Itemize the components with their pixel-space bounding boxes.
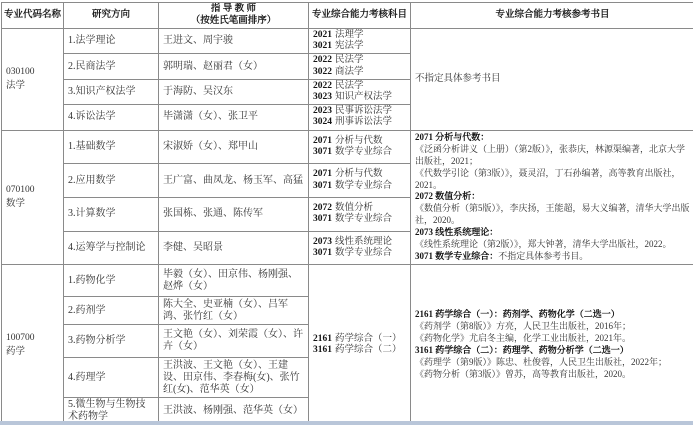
subjects-cell: 2022民法学 3022商法学: [309, 54, 411, 79]
direction-cell: 1.基础数学: [64, 130, 159, 164]
subject-code: 3023: [313, 92, 332, 102]
direction-cell: 2.民商法学: [64, 54, 159, 79]
advisors-cell: 于海防、吴汉东: [159, 79, 309, 104]
direction-cell: 3.知识产权法学: [64, 79, 159, 104]
subject-title: 民法学: [335, 81, 364, 91]
direction-cell: 2.应用数学: [64, 164, 159, 198]
direction-cell: 2.药剂学: [64, 297, 159, 325]
advisors-cell: 王文艳（女）、刘荣霞（女）、许卉（女）: [159, 325, 309, 358]
advisors-cell: 陈大全、史亚楠（女）、吕军鸿、张竹红（女）: [159, 297, 309, 325]
subject-title: 数学专业综合: [335, 248, 392, 258]
subject-code: 2023: [313, 106, 332, 116]
subject-code: 3024: [313, 117, 332, 127]
reference-book: 《线性系统理论（第2版）》，郑大钟著，清华大学出版社，2022。: [415, 239, 690, 251]
subject-code: 3071: [313, 248, 332, 258]
subject-title: 数学专业综合: [335, 214, 392, 224]
advisors-cell: 王洪波、王文艳（女）、王建设、田京伟、李春梅(女)、张竹红(女)、范华英（女）: [159, 358, 309, 398]
admissions-exam-table: 专业代码名称 研究方向 指 导 教 师 （按姓氏笔画排序） 专业综合能力考核科目…: [1, 2, 693, 425]
reference-heading: 3161 药学综合（二）：药理学、药物分析学（二选一）: [415, 345, 690, 357]
subject-code: 2071: [313, 169, 332, 179]
major-name: 药学: [6, 345, 59, 359]
advisors-cell: 王广富、曲凤龙、杨玉军、高猛: [159, 164, 309, 198]
direction-cell: 1.法学理论: [64, 29, 159, 54]
direction-cell: 1.药物化学: [64, 265, 159, 297]
subject-title: 数学专业综合: [335, 181, 392, 191]
subject-title: 商法学: [335, 67, 364, 77]
header-major-code: 专业代码名称: [2, 3, 64, 29]
direction-cell: 4.运筹学与控制论: [64, 231, 159, 265]
subject-title: 分析与代数: [335, 169, 383, 179]
subject-code: 3021: [313, 41, 332, 51]
subject-title: 民法学: [335, 55, 364, 65]
subject-title: 药学综合（二）: [335, 345, 402, 355]
subjects-cell: 2023民事诉讼法学 3024刑事诉讼法学: [309, 105, 411, 130]
advisors-cell: 李健、吴昭景: [159, 231, 309, 265]
header-advisors: 指 导 教 师 （按姓氏笔画排序）: [159, 3, 309, 29]
major-code: 030100: [6, 65, 59, 79]
subjects-cell: 2021法理学 3021宪法学: [309, 29, 411, 54]
subjects-cell: 2072数值分析 3071数学专业综合: [309, 197, 411, 231]
reference-book: 《数值分析（第5版）》，李庆扬，王能超，易大义编著，清华大学出版社，2020。: [415, 203, 690, 227]
reference-cell-law: 不指定具体参考书目: [411, 29, 693, 131]
reference-book: 《泛函分析讲义（上册）（第2版）》，张恭庆，林源渠编著，北京大学出版社，2021…: [415, 144, 690, 168]
advisors-cell: 宋淑娇（女）、郑甲山: [159, 130, 309, 164]
header-row: 专业代码名称 研究方向 指 导 教 师 （按姓氏笔画排序） 专业综合能力考核科目…: [2, 3, 693, 29]
table-row: 100700 药学 1.药物化学 毕毅（女）、田京伟、杨刚强、赵烨（女） 216…: [2, 265, 693, 297]
subject-title: 民事诉讼法学: [335, 106, 392, 116]
reference-note: 不指定具体参考书目。: [498, 251, 588, 261]
subject-code: 2073: [313, 237, 332, 247]
subject-code: 3161: [313, 345, 332, 355]
subject-title: 刑事诉讼法学: [335, 117, 392, 127]
reference-book: 《药理学（第9版）》陈忠、杜俊蓉，人民卫生出版社，2022年；: [415, 357, 690, 369]
major-code-cell-law: 030100 法学: [2, 29, 64, 131]
subject-title: 宪法学: [335, 41, 364, 51]
reference-heading: 2071 分析与代数：: [415, 132, 690, 144]
subject-code: 2161: [313, 334, 332, 344]
reference-heading: 2161 药学综合（一）：药剂学、药物化学（二选一）: [415, 309, 690, 321]
subject-code: 2022: [313, 81, 332, 91]
advisors-cell: 王进文、周宇骏: [159, 29, 309, 54]
reference-book: 《药剂学（第8版）》方亮，人民卫生出版社，2016年；: [415, 321, 690, 333]
header-research-direction: 研究方向: [64, 3, 159, 29]
subject-code: 3071: [313, 214, 332, 224]
major-code: 100700: [6, 331, 59, 345]
screenshot-bottom-edge: [0, 421, 693, 425]
reference-book: 《代数学引论（第3版）》，聂灵沼，丁石孙编著，高等教育出版社，2021。: [415, 168, 690, 192]
reference-heading: 2073 线性系统理论：: [415, 227, 690, 239]
header-advisors-line1: 指 导 教 师: [160, 4, 307, 15]
direction-cell: 4.药理学: [64, 358, 159, 398]
header-exam-subjects: 专业综合能力考核科目: [309, 3, 411, 29]
subject-code: 3071: [313, 147, 332, 157]
reference-inline-row: 3071 数学专业综合：不指定具体参考书目。: [415, 251, 690, 263]
subject-code: 2022: [313, 55, 332, 65]
direction-cell: 3.药物分析学: [64, 325, 159, 358]
advisors-cell: 毕潇潇（女）、张卫平: [159, 105, 309, 130]
header-reference-books: 专业综合能力考核参考书目: [411, 3, 693, 29]
subject-title: 法理学: [335, 30, 364, 40]
subject-title: 线性系统理论: [335, 237, 392, 247]
advisors-cell: 毕毅（女）、田京伟、杨刚强、赵烨（女）: [159, 265, 309, 297]
reference-cell-math: 2071 分析与代数： 《泛函分析讲义（上册）（第2版）》，张恭庆，林源渠编著，…: [411, 130, 693, 265]
subject-code: 2072: [313, 203, 332, 213]
subjects-cell: 2071分析与代数 3071数学专业综合: [309, 130, 411, 164]
subjects-cell: 2022民法学 3023知识产权法学: [309, 79, 411, 104]
reference-heading: 3071 数学专业综合：: [415, 251, 498, 261]
subject-code: 2071: [313, 136, 332, 146]
subject-code: 2021: [313, 30, 332, 40]
advisors-cell: 张国栋、张通、陈传军: [159, 197, 309, 231]
reference-book: 《药物化学》尤启冬主编，化学工业出版社，2021年。: [415, 333, 690, 345]
subject-code: 3071: [313, 181, 332, 191]
direction-cell: 3.计算数学: [64, 197, 159, 231]
subject-title: 分析与代数: [335, 136, 383, 146]
major-code: 070100: [6, 183, 59, 197]
subjects-cell: 2073线性系统理论 3071数学专业综合: [309, 231, 411, 265]
major-code-cell-pharmacy: 100700 药学: [2, 265, 64, 425]
major-name: 法学: [6, 79, 59, 93]
subject-code: 3022: [313, 67, 332, 77]
table-row: 070100 数学 1.基础数学 宋淑娇（女）、郑甲山 2071分析与代数 30…: [2, 130, 693, 164]
direction-cell: 4.诉讼法学: [64, 105, 159, 130]
major-code-cell-math: 070100 数学: [2, 130, 64, 265]
subject-title: 知识产权法学: [335, 92, 392, 102]
subject-title: 数学专业综合: [335, 147, 392, 157]
subjects-cell: 2071分析与代数 3071数学专业综合: [309, 164, 411, 198]
subjects-cell-pharmacy: 2161药学综合（一） 3161药学综合（二）: [309, 265, 411, 425]
reference-cell-pharmacy: 2161 药学综合（一）：药剂学、药物化学（二选一） 《药剂学（第8版）》方亮，…: [411, 265, 693, 425]
table-row: 030100 法学 1.法学理论 王进文、周宇骏 2021法理学 3021宪法学…: [2, 29, 693, 54]
advisors-cell: 郭明瑞、赵丽君（女）: [159, 54, 309, 79]
reference-heading: 2072 数值分析：: [415, 191, 690, 203]
reference-book: 《药物分析（第3版）》曾苏，高等教育出版社，2020。: [415, 369, 690, 381]
subject-title: 数值分析: [335, 203, 373, 213]
subject-title: 药学综合（一）: [335, 334, 402, 344]
header-advisors-line2: （按姓氏笔画排序）: [160, 16, 307, 27]
major-name: 数学: [6, 197, 59, 211]
